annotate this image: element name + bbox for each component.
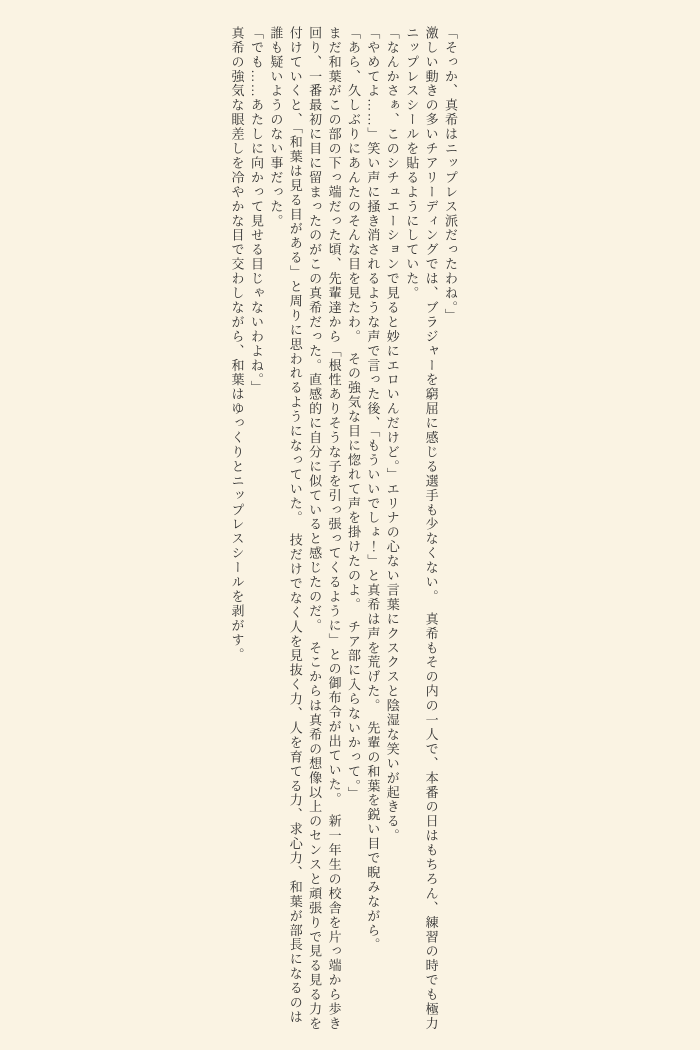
paragraph-5: 「あら、久しぶりにあんたのそんな目を見たわ。 その強気な目に惚れて声を掛けたのよ… (344, 26, 363, 1038)
paragraph-1: 「そっか、真希はニップレス派だったわね。」 (441, 26, 460, 1038)
novel-page: 「そっか、真希はニップレス派だったわね。」 激しい動きの多いチアリーディングでは… (0, 0, 700, 1050)
paragraph-4: 「やめてよ……」笑い声に掻き消されるような声で言った後、「もういいでしょ！」と真… (363, 26, 382, 1038)
paragraph-3: 「なんかさぁ、このシチュエーションで見ると妙にエロいんだけど。」エリナの心ない言… (382, 26, 401, 1038)
paragraph-6: まだ和葉がこの部の下っ端だった頃、先輩達から「根性ありそうな子を引っ張ってくるよ… (266, 26, 344, 1038)
paragraph-7: 「でも……あたしに向かって見せる目じゃないわよね。」 (247, 26, 266, 1038)
paragraph-8: 真希の強気な眼差しを冷やかな目で交わしながら、和葉はゆっくりとニップレスシールを… (227, 26, 246, 1038)
novel-text-block: 「そっか、真希はニップレス派だったわね。」 激しい動きの多いチアリーディングでは… (227, 26, 460, 1038)
paragraph-2: 激しい動きの多いチアリーディングでは、ブラジャーを窮屈に感じる選手も少なくない。… (402, 26, 441, 1038)
